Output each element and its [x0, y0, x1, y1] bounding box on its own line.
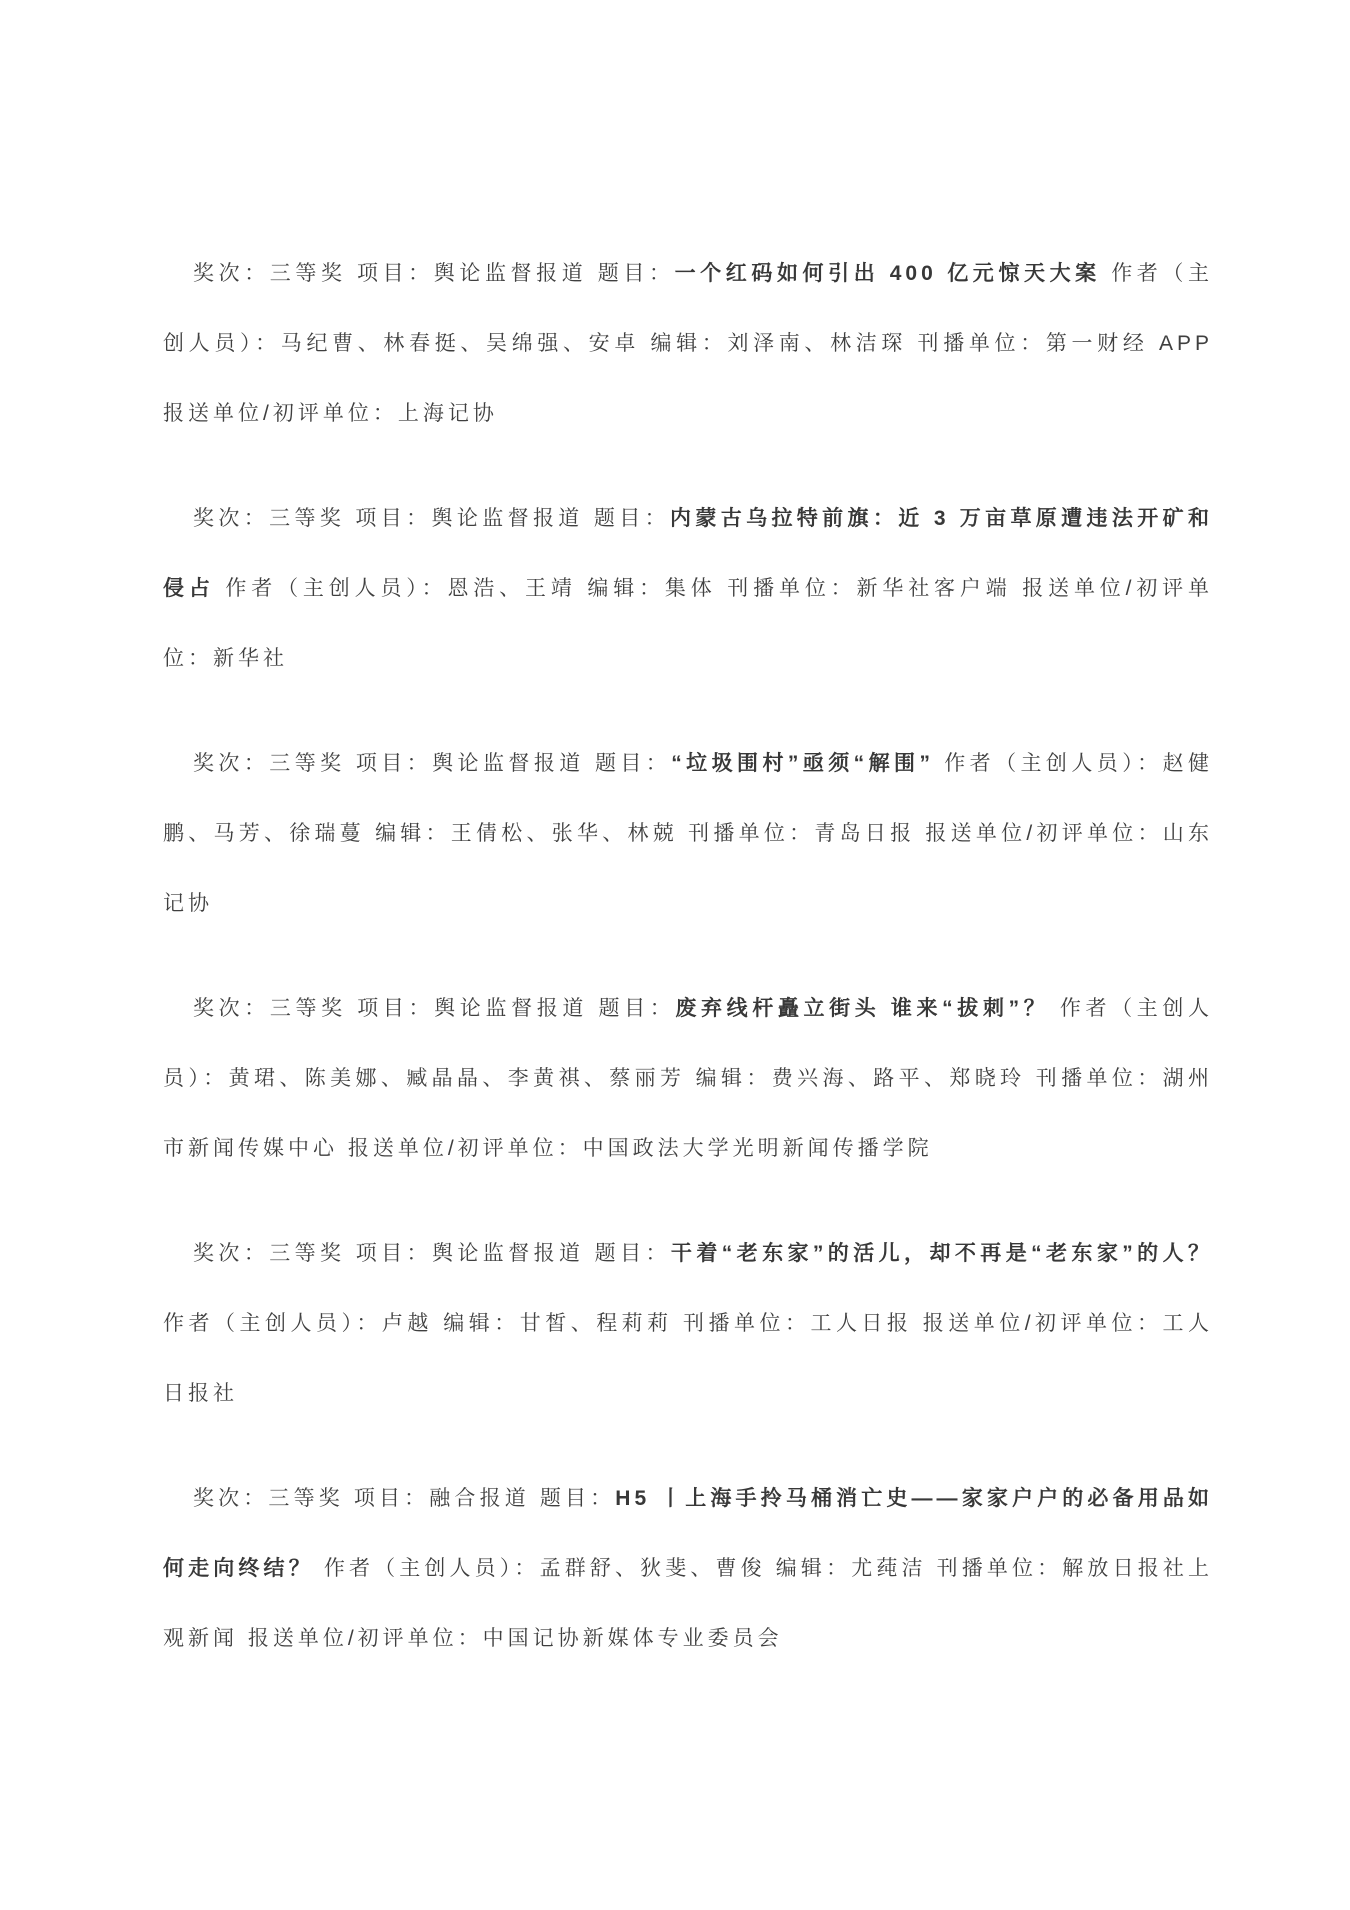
award-meta-text: 奖次：三等奖 项目：舆论监督报道 题目： [193, 262, 675, 285]
award-entry-paragraph: 奖次：三等奖 项目：舆论监督报道 题目：一个红码如何引出 400 亿元惊天大案 … [163, 239, 1213, 449]
award-meta-text: 奖次：三等奖 项目：舆论监督报道 题目： [193, 507, 670, 530]
award-title-text: 废弃线杆矗立街头 谁来“拔刺”？ [675, 997, 1049, 1020]
award-meta-text: 作者（主创人员）：黄珺、陈美娜、臧晶晶、李黄祺、蔡丽芳 编辑：费兴海、路平、郑晓… [163, 997, 1213, 1160]
award-meta-text: 作者（主创人员）：赵健鹏、马芳、徐瑞蔓 编辑：王倩松、张华、林兢 刊播单位：青岛… [163, 752, 1213, 915]
award-title-text: 一个红码如何引出 400 亿元惊天大案 [675, 262, 1101, 285]
award-meta-text: 作者（主创人员）：孟群舒、狄斐、曹俊 编辑：尤莼洁 刊播单位：解放日报社上观新闻… [163, 1557, 1213, 1650]
award-title-text: “垃圾围村”亟须“解围” [671, 752, 934, 775]
award-entry-paragraph: 奖次：三等奖 项目：舆论监督报道 题目：干着“老东家”的活儿，却不再是“老东家”… [163, 1219, 1213, 1429]
document-page: 奖次：三等奖 项目：舆论监督报道 题目：一个红码如何引出 400 亿元惊天大案 … [0, 0, 1350, 1910]
award-meta-text: 奖次：三等奖 项目：舆论监督报道 题目： [193, 752, 671, 775]
award-title-text: 干着“老东家”的活儿，却不再是“老东家”的人？ [671, 1242, 1213, 1265]
award-meta-text: 作者（主创人员）：卢越 编辑：甘皙、程莉莉 刊播单位：工人日报 报送单位/初评单… [163, 1312, 1213, 1405]
award-entry-paragraph: 奖次：三等奖 项目：舆论监督报道 题目：“垃圾围村”亟须“解围” 作者（主创人员… [163, 729, 1213, 939]
award-meta-text: 作者（主创人员）：恩浩、王靖 编辑：集体 刊播单位：新华社客户端 报送单位/初评… [163, 577, 1213, 670]
document-body: 奖次：三等奖 项目：舆论监督报道 题目：一个红码如何引出 400 亿元惊天大案 … [163, 239, 1213, 1709]
award-meta-text: 奖次：三等奖 项目：舆论监督报道 题目： [193, 997, 675, 1020]
award-meta-text: 作者（主创人员）：马纪曹、林春挺、吴绵强、安卓 编辑：刘泽南、林洁琛 刊播单位：… [163, 262, 1213, 425]
award-entry-paragraph: 奖次：三等奖 项目：舆论监督报道 题目：废弃线杆矗立街头 谁来“拔刺”？ 作者（… [163, 974, 1213, 1184]
award-entry-paragraph: 奖次：三等奖 项目：融合报道 题目：H5 丨上海手拎马桶消亡史——家家户户的必备… [163, 1464, 1213, 1674]
award-meta-text: 奖次：三等奖 项目：舆论监督报道 题目： [193, 1242, 671, 1265]
award-entry-paragraph: 奖次：三等奖 项目：舆论监督报道 题目：内蒙古乌拉特前旗：近 3 万亩草原遭违法… [163, 484, 1213, 694]
award-meta-text: 奖次：三等奖 项目：融合报道 题目： [193, 1487, 615, 1510]
